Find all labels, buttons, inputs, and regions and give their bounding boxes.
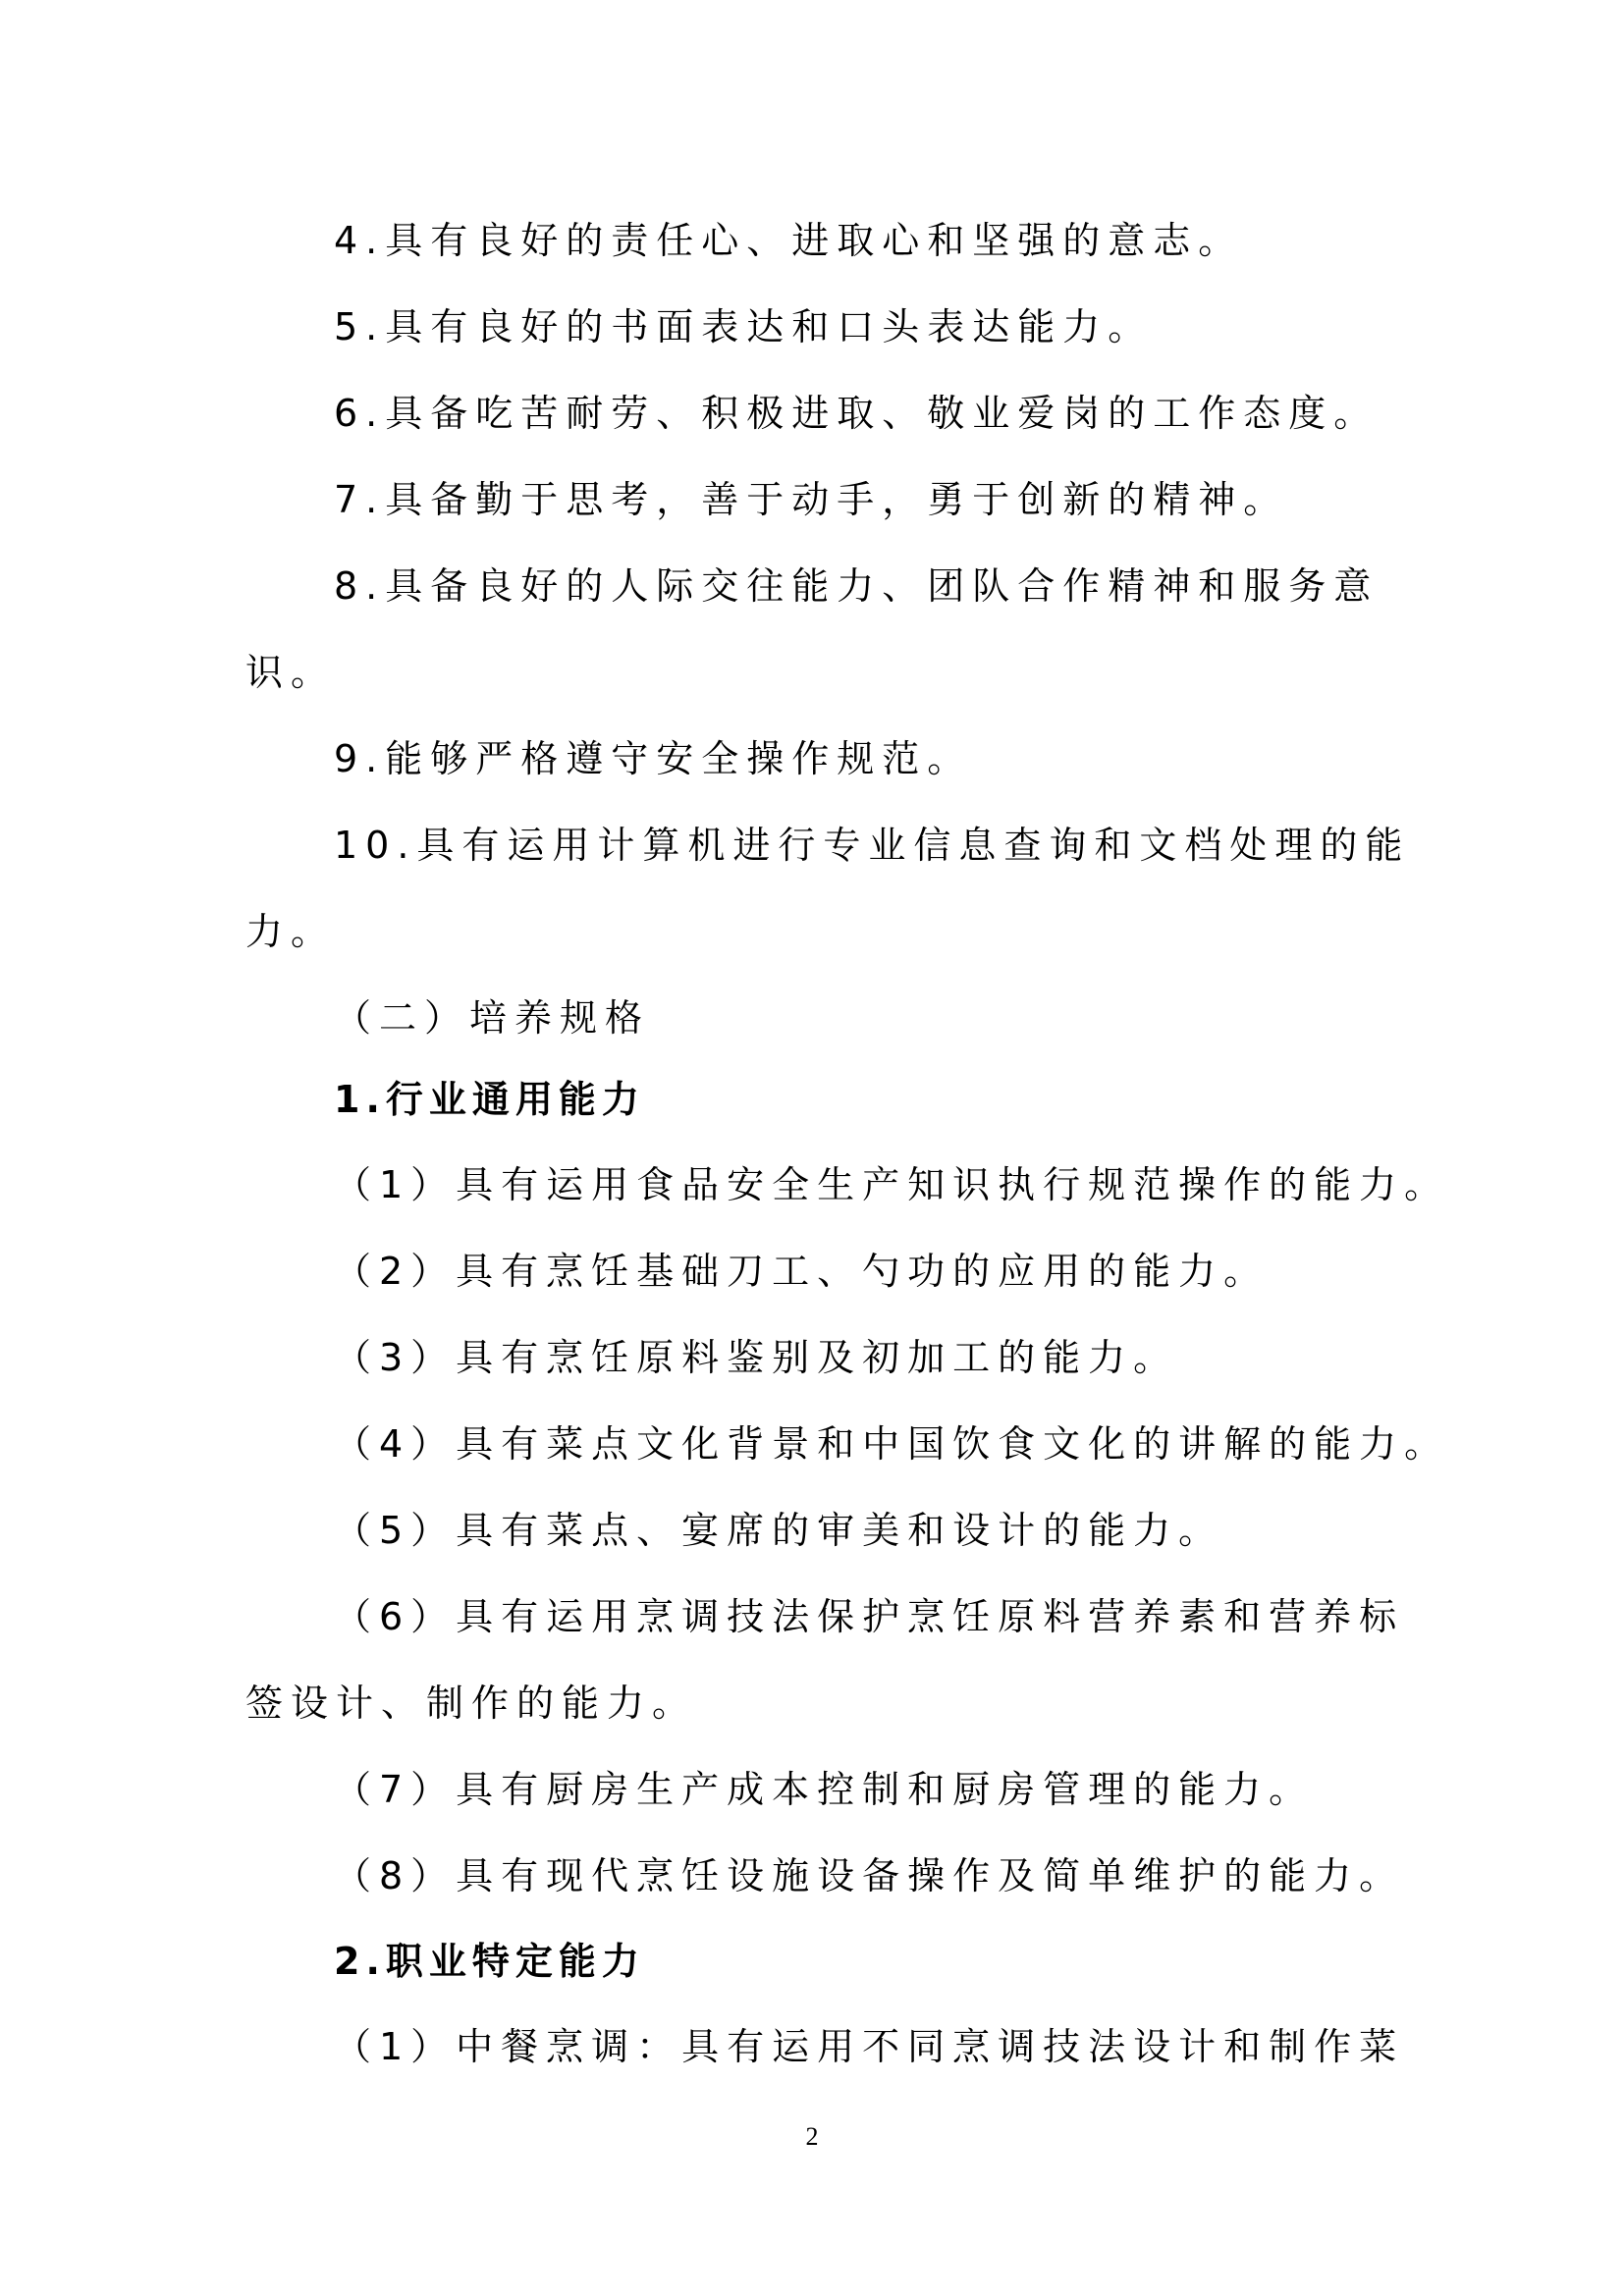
paragraph-line: （6）具有运用烹调技法保护烹饪原料营养素和营养标	[334, 1594, 1404, 1639]
paragraph-line: 7.具备勤于思考，善于动手，勇于创新的精神。	[334, 477, 1288, 522]
paragraph-line: （5）具有菜点、宴席的审美和设计的能力。	[334, 1508, 1223, 1553]
paragraph-line: （二）培养规格	[334, 995, 650, 1041]
paragraph-line: （8）具有现代烹饪设施设备操作及简单维护的能力。	[334, 1853, 1404, 1898]
paragraph-line: 5.具有良好的书面表达和口头表达能力。	[334, 304, 1153, 349]
paragraph-line: 力。	[245, 909, 336, 954]
paragraph-line: （1）中餐烹调：具有运用不同烹调技法设计和制作菜	[334, 2024, 1404, 2069]
paragraph-line: （2）具有烹饪基础刀工、勺功的应用的能力。	[334, 1249, 1269, 1294]
paragraph-line: 8.具备良好的人际交往能力、团队合作精神和服务意	[334, 563, 1379, 609]
document-page: 4.具有良好的责任心、进取心和坚强的意志。5.具有良好的书面表达和口头表达能力。…	[0, 0, 1624, 2296]
section-heading: 1.行业通用能力	[334, 1077, 645, 1122]
paragraph-line: 签设计、制作的能力。	[245, 1681, 697, 1726]
paragraph-line: 10.具有运用计算机进行专业信息查询和文档处理的能	[334, 823, 1410, 868]
paragraph-line: （1）具有运用食品安全生产知识执行规范操作的能力。	[334, 1162, 1449, 1207]
section-heading: 2.职业特定能力	[334, 1939, 645, 1984]
page-number: 2	[0, 2122, 1624, 2152]
paragraph-line: 6.具备吃苦耐劳、积极进取、敬业爱岗的工作态度。	[334, 391, 1379, 436]
paragraph-line: （7）具有厨房生产成本控制和厨房管理的能力。	[334, 1767, 1314, 1812]
paragraph-line: （3）具有烹饪原料鉴别及初加工的能力。	[334, 1335, 1178, 1380]
paragraph-line: 4.具有良好的责任心、进取心和坚强的意志。	[334, 218, 1243, 263]
paragraph-line: 9.能够严格遵守安全操作规范。	[334, 736, 972, 781]
paragraph-line: 识。	[245, 650, 336, 695]
paragraph-line: （4）具有菜点文化背景和中国饮食文化的讲解的能力。	[334, 1421, 1449, 1467]
